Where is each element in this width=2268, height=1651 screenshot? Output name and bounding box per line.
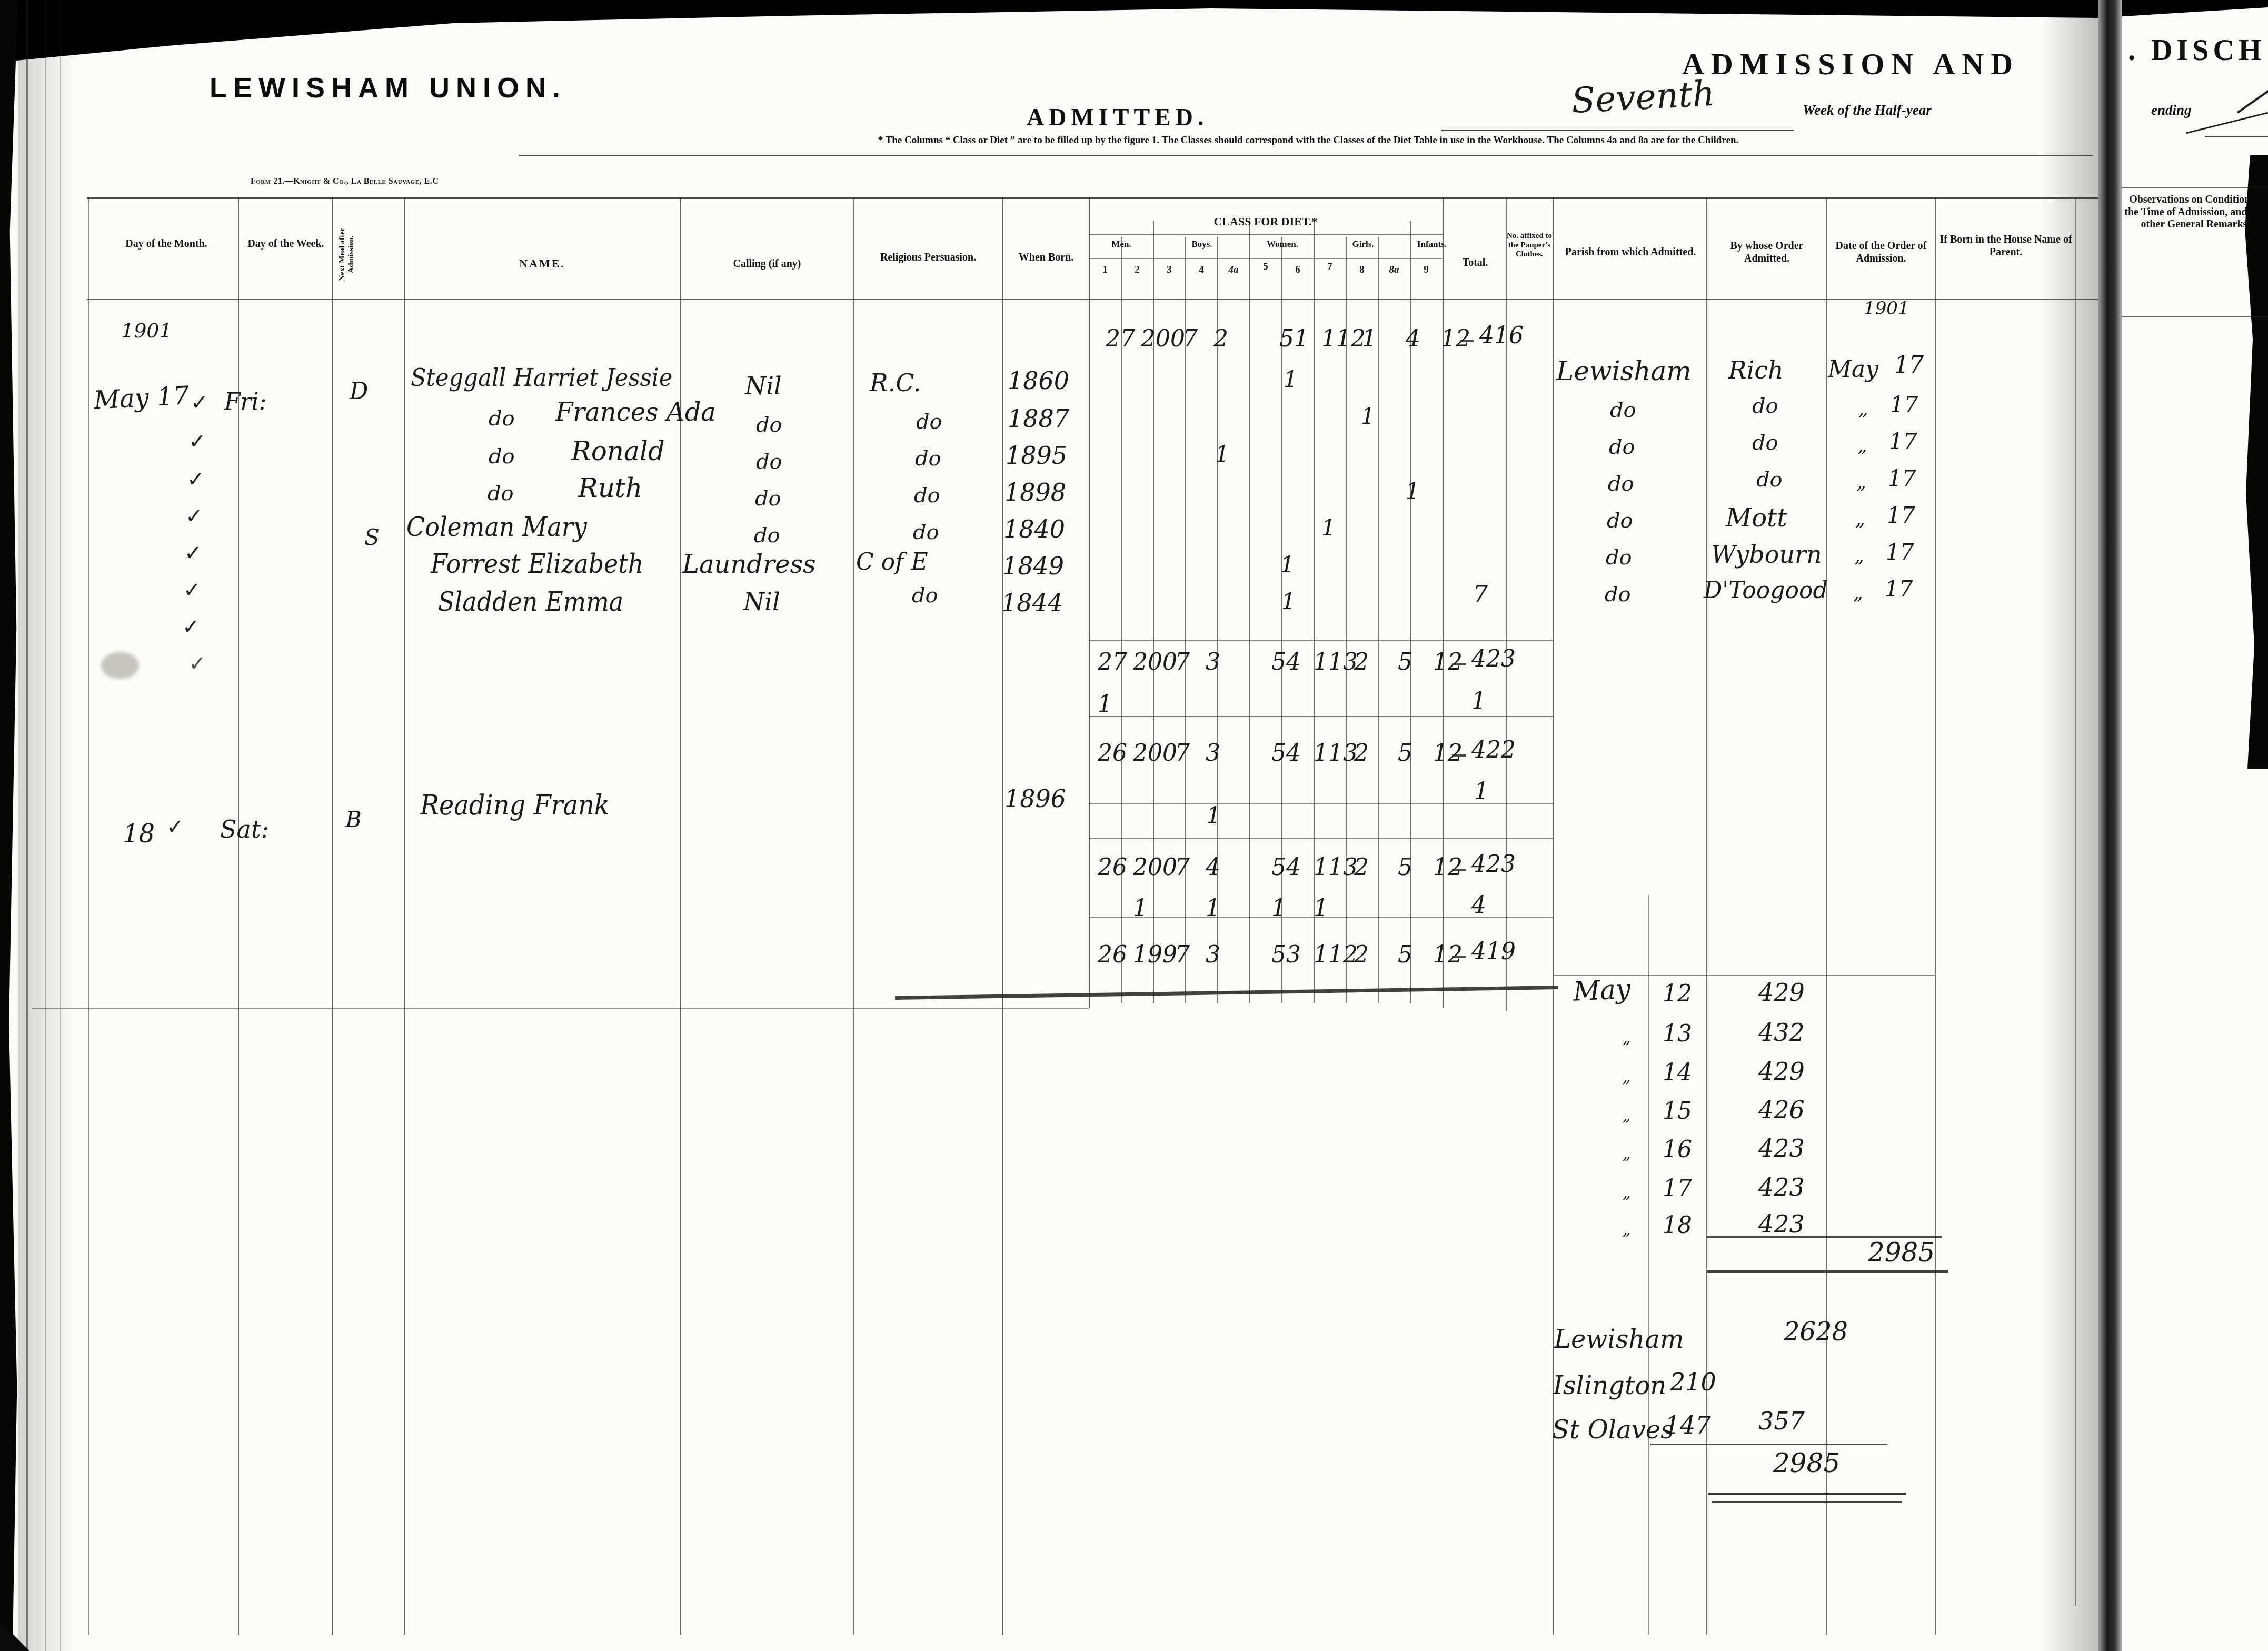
grid-line xyxy=(1712,1501,1902,1503)
grid-line xyxy=(88,197,89,1635)
scan-artifact xyxy=(2242,155,2268,769)
row-parish: do xyxy=(1607,509,1633,533)
tally-cell: 27 xyxy=(1106,325,1135,352)
row-check: ✓ xyxy=(182,615,200,639)
tally-cell: 51 xyxy=(1279,325,1309,352)
heavy-rule xyxy=(895,986,1558,1000)
row-order: Wybourn xyxy=(1711,540,1822,569)
discharge-heading: . DISCH xyxy=(2128,34,2265,67)
grid-line xyxy=(1378,237,1379,1003)
diet-subcolumn-number: 6 xyxy=(1288,264,1307,276)
tally-cell: 199 xyxy=(1133,941,1177,968)
tally-cell: 200 xyxy=(1133,740,1177,767)
row-diet-mark: 1 xyxy=(1207,802,1221,828)
diet-subcolumn-number: 8a xyxy=(1385,264,1404,276)
document-page: LEWISHAM UNION. ADMITTED. ADMISSION AND … xyxy=(0,0,2268,1651)
daily-count: 426 xyxy=(1758,1096,1805,1124)
admitted-heading: ADMITTED. xyxy=(1027,103,1209,131)
tally-cell: 7 xyxy=(1175,649,1190,675)
daily-ditto: „ xyxy=(1623,1068,1631,1086)
row-calling: Nil xyxy=(745,372,782,400)
row-calling: do xyxy=(756,413,782,437)
daily-count: 429 xyxy=(1758,1057,1805,1086)
row-order-date-month: „ xyxy=(1854,545,1864,567)
union-title: LEWISHAM UNION. xyxy=(210,72,566,104)
row-check: ✓ xyxy=(183,578,201,602)
tally-cell: 1 xyxy=(1314,895,1328,922)
row-calling: do xyxy=(755,486,781,511)
row-order: do xyxy=(1756,468,1783,492)
row-born: 1898 xyxy=(1004,478,1066,506)
tally-cell: 113 xyxy=(1314,649,1358,675)
week-number-value: Seventh xyxy=(1570,73,1716,121)
tally-dash xyxy=(1452,956,1466,958)
grid-line xyxy=(1089,716,1553,717)
row-calling: Laundress xyxy=(682,550,816,579)
grid-line xyxy=(404,197,405,1635)
tally-cell: 2 xyxy=(1213,325,1228,352)
daily-day: 18 xyxy=(1663,1212,1692,1239)
tally-cell: 7 xyxy=(1183,325,1198,352)
row-born: 1896 xyxy=(1004,784,1066,813)
diet-subcolumn-number: 1 xyxy=(1096,264,1115,276)
tally-cell: 2 xyxy=(1354,941,1369,968)
tally-total: 422 xyxy=(1471,737,1516,763)
row-order-date-month: „ xyxy=(1856,472,1866,493)
column-header-name: NAME. xyxy=(405,257,679,271)
admission-heading: ADMISSION AND xyxy=(1682,46,2020,82)
row-check: ✓ xyxy=(184,541,202,565)
scan-shading xyxy=(2042,0,2098,1651)
tally-total: 4 xyxy=(1471,892,1486,919)
row-diet-mark: 1 xyxy=(1280,552,1295,578)
daily-ditto: „ xyxy=(1623,1106,1631,1125)
tally-cell: 12 xyxy=(1433,854,1463,881)
tally-dash xyxy=(1452,754,1466,757)
row-calling: Nil xyxy=(743,588,780,616)
tally-cell: 54 xyxy=(1271,854,1301,881)
row-total: 1 xyxy=(1474,778,1489,805)
row-meal: S xyxy=(364,524,380,550)
tally-cell: 113 xyxy=(1314,854,1358,881)
daily-count: 423 xyxy=(1758,1173,1805,1201)
grid-line xyxy=(1089,234,1443,235)
daily-ditto: „ xyxy=(1623,1029,1631,1047)
row-order-date-month: „ xyxy=(1853,582,1863,604)
tally-cell: 112 xyxy=(1321,325,1366,352)
tally-cell: 7 xyxy=(1175,854,1190,881)
grid-line xyxy=(519,155,2093,156)
row-born: 1860 xyxy=(1008,366,1069,395)
row-diet-mark: 1 xyxy=(1215,441,1229,467)
row-diet-mark: 1 xyxy=(1281,589,1296,614)
diet-subcolumn-number: 4a xyxy=(1224,264,1243,276)
row-given: Ronald xyxy=(571,436,665,466)
row-order-date-day: 17 xyxy=(1888,465,1916,491)
grid-line xyxy=(32,1008,1089,1009)
ink-smudge xyxy=(101,652,139,679)
row-religion: R.C. xyxy=(870,369,921,397)
row-born: 1844 xyxy=(1001,589,1063,617)
daily-day: 17 xyxy=(1663,1175,1692,1202)
row-born: 1849 xyxy=(1002,552,1064,580)
row-born: 1887 xyxy=(1008,404,1069,433)
tally-cell: 4 xyxy=(1406,325,1420,352)
row-date-day: May 17 xyxy=(93,381,190,415)
tally-cell: 2 xyxy=(1354,649,1369,675)
tally-cell: 1 xyxy=(1133,895,1148,922)
grid-line xyxy=(1706,197,1707,1635)
row-check: ✓ xyxy=(185,504,203,529)
row-order: Mott xyxy=(1726,503,1787,533)
column-header-calling: Calling (if any) xyxy=(682,258,852,271)
row-name: Steggall Harriet Jessie xyxy=(411,363,672,392)
column-header-next-meal: Next Meal after Admission. xyxy=(338,215,356,294)
tally-cell: 3 xyxy=(1206,649,1220,675)
column-header-date-of-order: Date of the Order of Admission. xyxy=(1828,240,1934,265)
settlement-parish: Islington xyxy=(1553,1371,1666,1400)
form-imprint: Form 21.—Knight & Co., La Belle Sauvage,… xyxy=(251,177,439,186)
row-order-date-month: „ xyxy=(1857,435,1867,456)
tally-total: 423 xyxy=(1471,851,1516,878)
grid-line xyxy=(1314,221,1315,1003)
tally-cell: 54 xyxy=(1271,649,1301,675)
diet-group-infants: Infants. xyxy=(1407,239,1457,250)
tally-total: 416 xyxy=(1479,322,1524,349)
grid-line xyxy=(1935,197,1936,1635)
daily-ditto: „ xyxy=(1623,1220,1631,1239)
column-header-day-of-month: Day of the Month. xyxy=(95,238,238,251)
row-order: D'Toogood xyxy=(1704,577,1828,604)
row-order-date-month: „ xyxy=(1858,398,1868,420)
row-given: Ruth xyxy=(578,473,642,503)
row-born: 1895 xyxy=(1006,441,1067,470)
grid-line xyxy=(853,197,854,1635)
grid-line xyxy=(1707,1270,1948,1273)
tally-dash xyxy=(1460,340,1474,342)
grid-line xyxy=(1648,895,1649,1635)
row-order-date-day: 17 xyxy=(1887,502,1915,528)
diet-subcolumn-number: 8 xyxy=(1352,264,1371,276)
scan-shading xyxy=(18,0,76,1651)
column-header-when-born: When Born. xyxy=(1004,252,1088,264)
tally-cell: 27 xyxy=(1098,649,1127,675)
daily-count: 423 xyxy=(1758,1210,1805,1238)
column-header-total: Total. xyxy=(1445,257,1506,270)
grid-line xyxy=(332,197,333,1635)
ending-label: ending xyxy=(2151,102,2192,118)
column-header-parish: Parish from which Admitted. xyxy=(1555,246,1706,259)
row-order-date-day: 17 xyxy=(1885,576,1913,602)
diet-subcolumn-number: 9 xyxy=(1417,264,1436,276)
settlement-amount: 210 xyxy=(1670,1368,1716,1396)
row-order-date-day: 17 xyxy=(1894,352,1924,379)
row-diet-mark: 1 xyxy=(1321,515,1336,541)
diet-subcolumn-number: 5 xyxy=(1256,261,1275,273)
grid-line xyxy=(1553,197,1554,1635)
checkmark: ✓ xyxy=(188,652,206,676)
grid-line xyxy=(1826,197,1827,1635)
year-date-column: 1901 xyxy=(1864,298,1909,319)
daily-count: 432 xyxy=(1758,1018,1805,1047)
ending-flourish xyxy=(2237,85,2268,114)
daily-count: 423 xyxy=(1758,1134,1805,1162)
row-weekday: Fri: xyxy=(224,389,266,415)
grid-line xyxy=(2122,316,2268,317)
row-religion: do xyxy=(913,520,939,544)
row-total: 7 xyxy=(1473,581,1488,608)
grid-line xyxy=(1089,640,1553,641)
row-religion: do xyxy=(912,583,938,608)
row-order-date-month: „ xyxy=(1855,509,1865,530)
tally-cell: 5 xyxy=(1398,854,1412,881)
grid-line xyxy=(1002,197,1003,1635)
tally-cell: 3 xyxy=(1206,941,1220,968)
row-parish: do xyxy=(1606,545,1632,570)
row-name: Coleman Mary xyxy=(406,512,587,542)
row-weekday: Sat: xyxy=(220,815,269,843)
diet-group-boys: Boys. xyxy=(1154,239,1250,250)
row-parish: do xyxy=(1610,398,1636,422)
tally-cell: 7 xyxy=(1175,941,1190,968)
grid-line xyxy=(1506,197,1507,1011)
row-check: ✓ xyxy=(166,815,184,839)
tally-cell: 2 xyxy=(1354,854,1369,881)
ending-underline xyxy=(2205,136,2268,137)
row-given: Frances Ada xyxy=(555,397,716,427)
tally-total: 423 xyxy=(1471,645,1516,672)
row-order: do xyxy=(1752,431,1778,455)
settlement-total: 2985 xyxy=(1773,1448,1840,1478)
column-header-day-of-week: Day of the Week. xyxy=(240,238,332,251)
tally-cell: 5 xyxy=(1398,649,1412,675)
grid-line xyxy=(87,197,2098,199)
grid-line xyxy=(1707,1236,1942,1238)
row-order-date-day: 17 xyxy=(1886,539,1914,565)
row-religion: do xyxy=(914,483,940,508)
row-parish: do xyxy=(1605,582,1631,606)
settlement-amount: 147 xyxy=(1665,1411,1711,1439)
row-calling: do xyxy=(754,523,780,548)
diet-subcolumn-number: 7 xyxy=(1320,261,1339,273)
row-parish: Lewisham xyxy=(1556,356,1692,386)
daily-ditto: „ xyxy=(1623,1183,1631,1202)
row-meal: B xyxy=(345,807,362,832)
tally-cell: 7 xyxy=(1175,740,1190,767)
ending-flourish xyxy=(2186,112,2268,134)
tally-cell: 12 xyxy=(1433,740,1463,767)
settlement-amount: 2628 xyxy=(1784,1317,1848,1347)
daily-day: 15 xyxy=(1663,1098,1692,1125)
settlement-amount: 357 xyxy=(1758,1407,1805,1435)
tally-cell: 200 xyxy=(1133,649,1177,675)
daily-total: 2985 xyxy=(1868,1237,1935,1268)
tally-cell: 1 xyxy=(1362,325,1377,352)
column-header-no-affixed: No. affixed to the Pauper's Clothes. xyxy=(1506,232,1553,260)
grid-line xyxy=(1708,1493,1906,1495)
daily-day: 12 xyxy=(1663,980,1692,1007)
row-name: Reading Frank xyxy=(420,790,610,821)
tally-cell: 2 xyxy=(1354,740,1369,767)
tally-cell: 1 xyxy=(1098,691,1112,718)
tally-cell: 1 xyxy=(1206,895,1220,922)
grid-line xyxy=(1650,1444,1887,1445)
row-religion: do xyxy=(916,410,942,434)
tally-cell: 26 xyxy=(1098,740,1127,767)
tally-cell: 12 xyxy=(1433,649,1463,675)
row-born: 1840 xyxy=(1003,515,1065,543)
week-of-halfyear-label: Week of the Half-year xyxy=(1803,102,1932,118)
daily-ditto: „ xyxy=(1623,1145,1631,1163)
row-order-date-day: 17 xyxy=(1889,429,1917,454)
tally-cell: 112 xyxy=(1314,941,1358,968)
footnote: * The Columns “ Class or Diet ” are to b… xyxy=(519,135,2098,146)
tally-cell: 3 xyxy=(1206,740,1220,767)
tally-dash xyxy=(1452,663,1466,665)
column-header-religion: Religious Persuasion. xyxy=(855,252,1001,264)
row-name: Forrest Elizabeth xyxy=(431,549,643,579)
page-fold xyxy=(2098,0,2122,1651)
settlement-parish: Lewisham xyxy=(1554,1325,1684,1354)
diet-subcolumn-number: 2 xyxy=(1128,264,1147,276)
tally-cell: 200 xyxy=(1141,325,1185,352)
tally-cell: 26 xyxy=(1098,854,1127,881)
tally-cell: 4 xyxy=(1206,854,1220,881)
row-check: ✓ xyxy=(187,468,205,492)
year-margin: 1901 xyxy=(121,319,172,342)
scan-left-edge xyxy=(0,0,18,1651)
tally-cell: 54 xyxy=(1271,740,1301,767)
daily-month: May xyxy=(1573,973,1632,1007)
row-parish: do xyxy=(1609,435,1635,459)
row-name: Sladden Emma xyxy=(438,586,623,617)
row-calling: do xyxy=(756,450,782,474)
row-order: do xyxy=(1752,394,1778,418)
grid-line xyxy=(1089,197,1090,1008)
row-order-date-month: May xyxy=(1828,356,1878,383)
grid-line xyxy=(1443,197,1444,1008)
grid-line xyxy=(2075,197,2076,1606)
tally-cell: 12 xyxy=(1433,941,1463,968)
grid-line xyxy=(1089,838,1553,839)
tally-cell: 26 xyxy=(1098,941,1127,968)
row-name: do xyxy=(489,444,515,469)
grid-line xyxy=(87,299,2098,300)
row-name: do xyxy=(488,481,514,505)
daily-day: 14 xyxy=(1663,1059,1692,1086)
diet-group-girls: Girls. xyxy=(1315,239,1411,250)
daily-count: 429 xyxy=(1758,978,1805,1007)
tally-cell: 53 xyxy=(1271,941,1301,968)
row-parish: do xyxy=(1608,472,1634,496)
tally-cell: 12 xyxy=(1441,325,1470,352)
diet-subcolumn-number: 3 xyxy=(1160,264,1179,276)
diet-title: CLASS FOR DIET.* xyxy=(1089,215,1443,228)
row-check: ✓ xyxy=(188,430,206,454)
tally-cell: 1 xyxy=(1271,895,1286,922)
row-religion: C of E xyxy=(856,549,928,575)
row-check: ✓ xyxy=(191,391,208,415)
grid-line xyxy=(1553,975,1935,976)
tally-cell: 200 xyxy=(1133,854,1177,881)
row-diet-mark: 1 xyxy=(1284,366,1298,392)
settlement-parish: St Olaves xyxy=(1552,1415,1674,1445)
row-diet-mark: 1 xyxy=(1406,478,1420,504)
daily-day: 13 xyxy=(1663,1020,1692,1047)
tally-cell: 5 xyxy=(1398,941,1412,968)
tally-dash xyxy=(1452,869,1466,871)
diet-subcolumn-number: 4 xyxy=(1192,264,1211,276)
grid-line xyxy=(1089,258,1443,259)
row-order-date-day: 17 xyxy=(1890,392,1918,417)
grid-line xyxy=(1249,221,1250,1003)
tally-cell: 113 xyxy=(1314,740,1358,767)
tally-total: 1 xyxy=(1471,688,1486,714)
row-date-day: 18 xyxy=(123,819,155,849)
tally-total: 419 xyxy=(1471,938,1516,965)
grid-line xyxy=(2122,187,2268,188)
row-religion: do xyxy=(915,446,941,471)
week-underline xyxy=(1441,130,1794,131)
column-header-by-whose-order: By whose Order Admitted. xyxy=(1708,240,1826,265)
row-name: do xyxy=(489,406,515,431)
diet-group-women: Women. xyxy=(1250,239,1315,250)
row-diet-mark: 1 xyxy=(1361,403,1375,429)
tally-cell: 5 xyxy=(1398,740,1412,767)
daily-day: 16 xyxy=(1663,1136,1692,1163)
row-meal: D xyxy=(350,378,368,405)
row-order: Rich xyxy=(1728,356,1784,384)
